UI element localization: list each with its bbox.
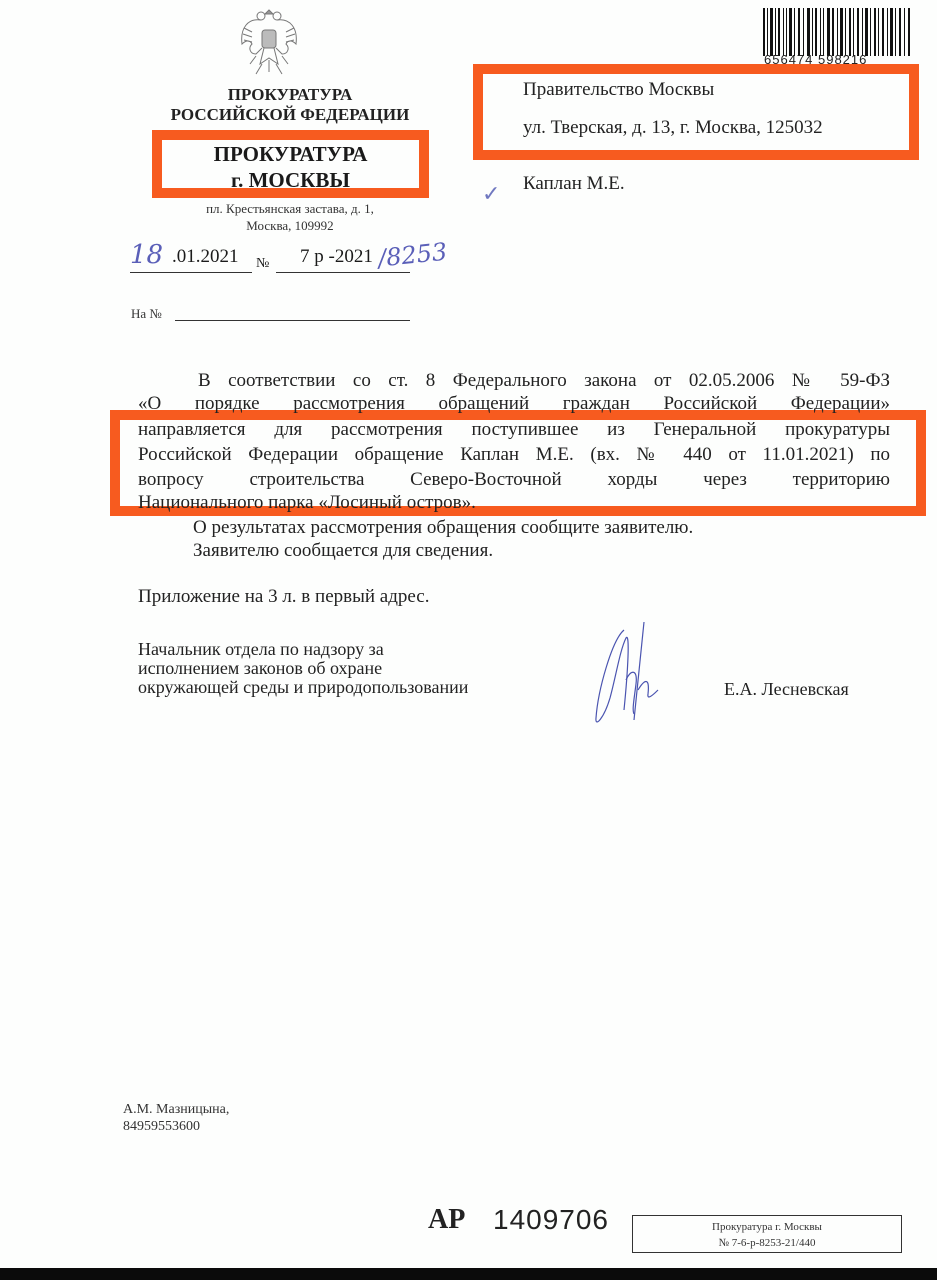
check-mark-icon: ✓: [482, 182, 500, 207]
attachment-note: Приложение на 3 л. в первый адрес.: [138, 585, 890, 608]
number-printed: 7 р -2021: [300, 246, 373, 268]
recipient-org: Правительство Москвы: [523, 79, 714, 101]
city-title-line2: г. МОСКВЫ: [152, 167, 429, 193]
sender-address-line1: пл. Крестьянская застава, д. 1,: [150, 200, 430, 218]
body-line-7: О результатах рассмотрения обращения соо…: [193, 516, 937, 539]
barcode-icon: [763, 8, 913, 56]
date-day-handwritten: 18: [130, 240, 163, 270]
sender-address-line2: Москва, 109992: [150, 217, 430, 235]
date-underline: [130, 272, 252, 273]
body-line-2: «О порядке рассмотрения обращений гражда…: [138, 392, 890, 415]
signer-position-line2: исполнением законов об охране: [138, 659, 468, 678]
org-title-line1: ПРОКУРАТУРА: [150, 84, 430, 105]
stamp-line2: № 7-6-р-8253-21/440: [633, 1235, 901, 1251]
number-underline: [276, 272, 410, 273]
form-serial-number: 1409706: [493, 1204, 609, 1236]
handwritten-signature-icon: [590, 610, 670, 730]
form-series: АР: [428, 1204, 465, 1236]
russian-coat-of-arms-icon: [234, 4, 304, 80]
recipient-address: ул. Тверская, д. 13, г. Москва, 125032: [523, 117, 823, 139]
number-label: №: [256, 256, 269, 272]
signer-position-line1: Начальник отдела по надзору за: [138, 640, 468, 659]
city-title-line1: ПРОКУРАТУРА: [152, 141, 429, 167]
signer-position: Начальник отдела по надзору за исполнени…: [138, 640, 468, 697]
body-line-4: Российской Федерации обращение Каплан М.…: [138, 443, 890, 466]
number-handwritten: /8253: [377, 237, 449, 272]
executor-phone: 84959553600: [123, 1118, 229, 1135]
signer-position-line3: окружающей среды и природопользовании: [138, 678, 468, 697]
reply-to-label: На №: [131, 306, 162, 322]
body-line-3: направляется для рассмотрения поступивше…: [138, 418, 890, 441]
scan-border: [0, 1268, 937, 1280]
executor-name: А.М. Мазницына,: [123, 1101, 229, 1118]
registration-stamp: Прокуратура г. Москвы № 7-6-р-8253-21/44…: [632, 1215, 902, 1253]
body-line-6: Национального парка «Лосиный остров».: [138, 491, 890, 514]
executor-info: А.М. Мазницына, 84959553600: [123, 1101, 229, 1135]
signer-name: Е.А. Лесневская: [724, 679, 849, 700]
body-line-1: В соответствии со ст. 8 Федерального зак…: [138, 369, 890, 392]
stamp-line1: Прокуратура г. Москвы: [633, 1219, 901, 1235]
org-title-line2: РОССИЙСКОЙ ФЕДЕРАЦИИ: [150, 104, 430, 125]
date-printed: .01.2021: [172, 246, 239, 268]
reply-to-underline: [175, 320, 410, 321]
body-line-8: Заявителю сообщается для сведения.: [193, 539, 937, 562]
recipient-copy-to: Каплан М.Е.: [523, 173, 625, 195]
body-line-5: вопросу строительства Северо-Восточной х…: [138, 468, 890, 491]
